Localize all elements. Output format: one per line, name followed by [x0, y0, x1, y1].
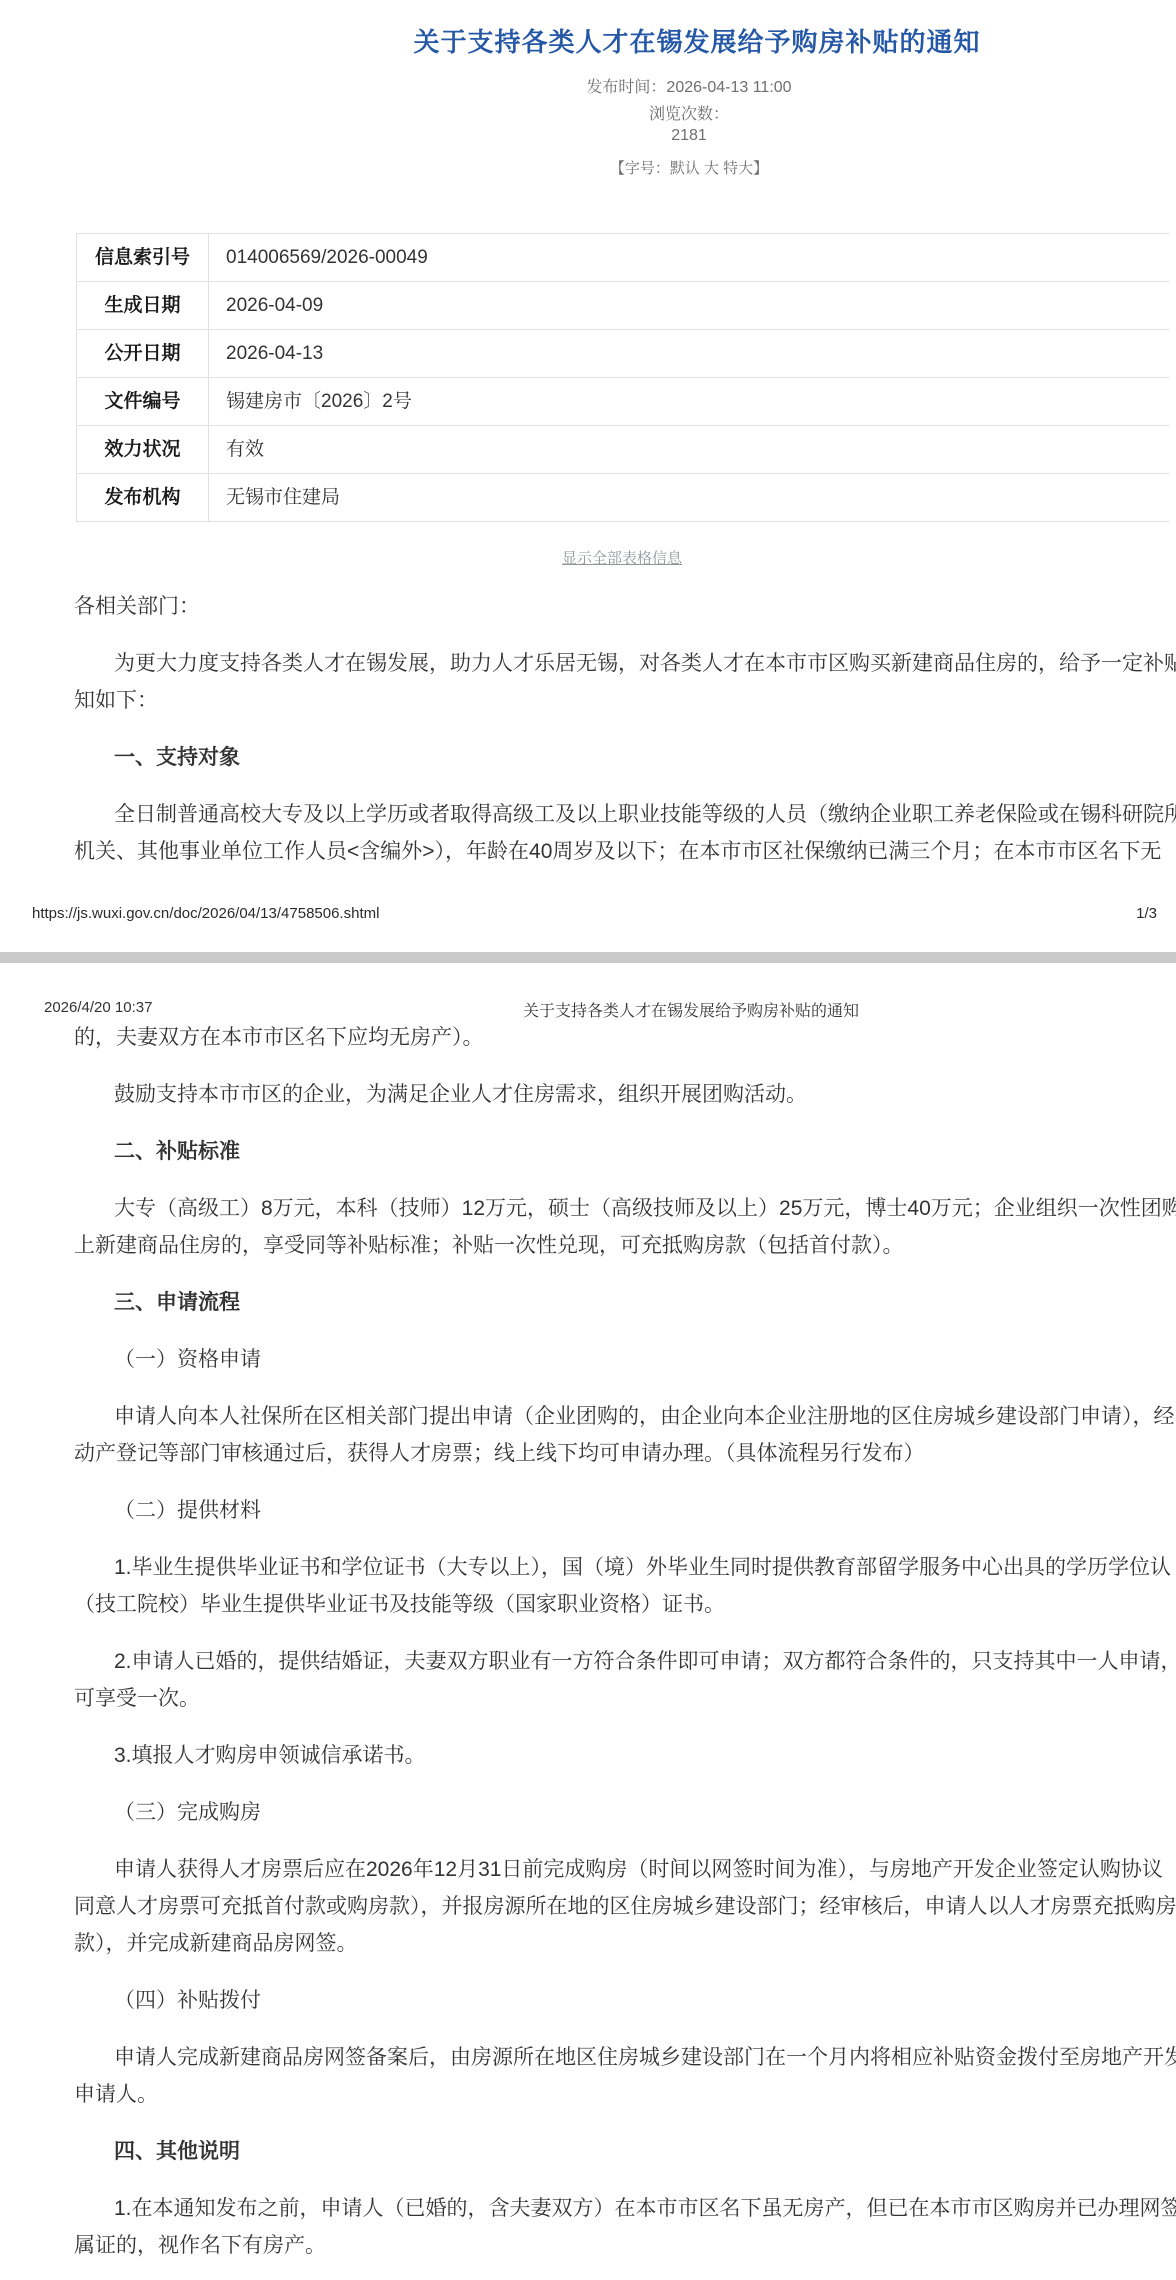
table-row-label: 文件编号 [77, 378, 209, 425]
print-header-datetime: 2026/4/20 10:37 [44, 999, 152, 1016]
body-line: 可享受一次。 [74, 1680, 1176, 1717]
body-line: 款），并完成新建商品房网签。 [74, 1925, 1176, 1962]
body-line: 申请人向本人社保所在区相关部门提出申请（企业团购的，由企业向本企业注册地的区住房… [114, 1398, 1176, 1435]
body-line: 1.毕业生提供毕业证书和学位证书（大专以上），国（境）外毕业生同时提供教育部留学… [114, 1549, 1176, 1586]
body-line: 2.申请人已婚的，提供结婚证，夫妻双方职业有一方符合条件即可申请；双方都符合条件… [114, 1643, 1176, 1680]
body-line: 全日制普通高校大专及以上学历或者取得高级工及以上职业技能等级的人员（缴纳企业职工… [114, 796, 1176, 833]
body-line: 鼓励支持本市市区的企业，为满足企业人才住房需求，组织开展团购活动。 [114, 1076, 1176, 1113]
body-line: 申请人完成新建商品房网签备案后，由房源所在地区住房城乡建设部门在一个月内将相应补… [114, 2039, 1176, 2076]
section-heading: 四、其他说明 [114, 2133, 1176, 2170]
font-size-switcher: 【字号：默认 大 特大】 [610, 157, 768, 178]
table-row-label: 效力状况 [77, 426, 209, 473]
table-row-value: 锡建房市〔2026〕2号 [209, 378, 412, 425]
print-footer-page-number: 1/3 [1136, 905, 1157, 922]
body-line: 大专（高级工）8万元，本科（技师）12万元，硕士（高级技师及以上）25万元，博士… [114, 1190, 1176, 1227]
table-row-value: 2026-04-09 [209, 282, 323, 329]
table-row-label: 公开日期 [77, 330, 209, 377]
publish-time: 发布时间：2026-04-13 11:00 [586, 74, 791, 97]
body-line: 知如下： [74, 682, 1176, 719]
body-line: （技工院校）毕业生提供毕业证书及技能等级（国家职业资格）证书。 [74, 1586, 1176, 1623]
page-title: 关于支持各类人才在锡发展给予购房补贴的通知 [413, 22, 980, 59]
body-line: 1.在本通知发布之前，申请人（已婚的，含夫妻双方）在本市市区名下虽无房产，但已在… [114, 2190, 1176, 2227]
table-row-label: 生成日期 [77, 282, 209, 329]
table-row-value: 无锡市住建局 [209, 474, 340, 521]
table-row: 生成日期 2026-04-09 [77, 282, 1169, 330]
print-preview-page: 关于支持各类人才在锡发展给予购房补贴的通知 发布时间：2026-04-13 11… [0, 0, 1176, 2280]
show-all-table-info-link[interactable]: 显示全部表格信息 [76, 547, 1168, 568]
views-label: 浏览次数： [649, 101, 729, 124]
table-row: 信息索引号 014006569/2026-00049 [77, 234, 1169, 282]
body-line: 申请人。 [74, 2076, 1176, 2113]
table-row-label: 信息索引号 [77, 234, 209, 281]
table-row-value: 014006569/2026-00049 [209, 234, 428, 281]
table-row-value: 2026-04-13 [209, 330, 323, 377]
table-row: 发布机构 无锡市住建局 [77, 474, 1169, 522]
section-heading: 二、补贴标准 [114, 1133, 1176, 1170]
page-divider [0, 952, 1176, 963]
subsection-heading: （三）完成购房 [114, 1794, 1176, 1831]
subsection-heading: （二）提供材料 [114, 1492, 1176, 1529]
section-heading: 一、支持对象 [114, 739, 1176, 776]
body-line: 的，夫妻双方在本市市区名下应均无房产）。 [74, 1019, 1176, 1056]
section-heading: 三、申请流程 [114, 1284, 1176, 1321]
page2-body: 的，夫妻双方在本市市区名下应均无房产）。 鼓励支持本市市区的企业，为满足企业人才… [0, 1019, 1176, 2264]
table-row-label: 发布机构 [77, 474, 209, 521]
body-line: 为更大力度支持各类人才在锡发展，助力人才乐居无锡，对各类人才在本市市区购买新建商… [114, 645, 1176, 682]
body-line: 上新建商品住房的，享受同等补贴标准；补贴一次性兑现，可充抵购房款（包括首付款）。 [74, 1227, 1176, 1264]
body-line: 各相关部门： [74, 588, 1176, 625]
body-line: 属证的，视作名下有房产。 [74, 2227, 1176, 2264]
print-footer-url: https://js.wuxi.gov.cn/doc/2026/04/13/47… [32, 905, 379, 922]
body-line: 申请人获得人才房票后应在2026年12月31日前完成购房（时间以网签时间为准），… [114, 1851, 1176, 1888]
table-row: 文件编号 锡建房市〔2026〕2号 [77, 378, 1169, 426]
print-header-title: 关于支持各类人才在锡发展给予购房补贴的通知 [523, 998, 859, 1021]
body-line: 同意人才房票可充抵首付款或购房款），并报房源所在地的区住房城乡建设部门；经审核后… [74, 1888, 1176, 1925]
views-count: 2181 [671, 127, 707, 145]
document-info-table: 信息索引号 014006569/2026-00049 生成日期 2026-04-… [76, 233, 1169, 522]
body-line: 动产登记等部门审核通过后，获得人才房票；线上线下均可申请办理。（具体流程另行发布… [74, 1435, 1176, 1472]
body-line: 3.填报人才购房申领诚信承诺书。 [114, 1737, 1176, 1774]
table-row: 公开日期 2026-04-13 [77, 330, 1169, 378]
body-line: 机关、其他事业单位工作人员<含编外>），年龄在40周岁及以下；在本市市区社保缴纳… [74, 833, 1176, 870]
table-row-value: 有效 [209, 426, 264, 473]
table-row: 效力状况 有效 [77, 426, 1169, 474]
page1-body: 各相关部门： 为更大力度支持各类人才在锡发展，助力人才乐居无锡，对各类人才在本市… [0, 588, 1176, 870]
subsection-heading: （四）补贴拨付 [114, 1982, 1176, 2019]
subsection-heading: （一）资格申请 [114, 1341, 1176, 1378]
